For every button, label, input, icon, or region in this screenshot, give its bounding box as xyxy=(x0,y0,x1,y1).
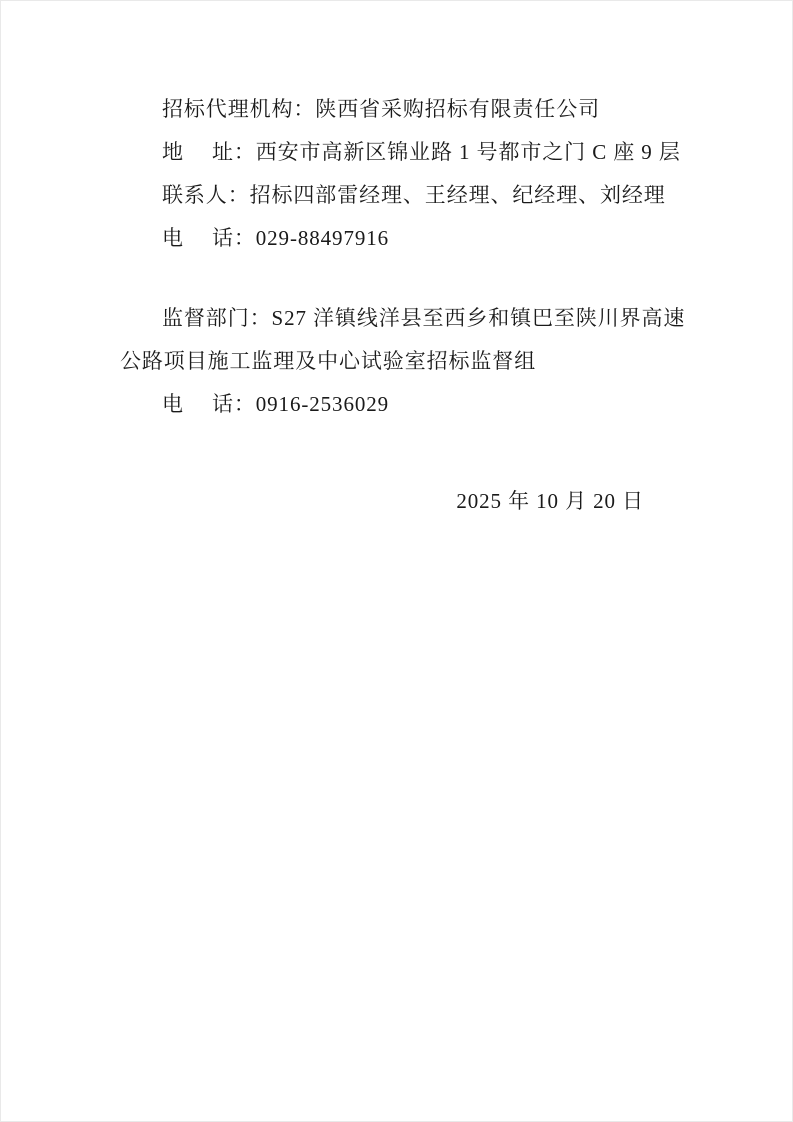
document-date-line: 2025 年 10 月 20 日 xyxy=(120,480,672,523)
agency-address-line: 地 址：西安市高新区锦业路 1 号都市之门 C 座 9 层 xyxy=(120,131,672,174)
document-page: 招标代理机构：陕西省采购招标有限责任公司 地 址：西安市高新区锦业路 1 号都市… xyxy=(0,0,793,1122)
agency-contacts-line: 联系人：招标四部雷经理、王经理、纪经理、刘经理 xyxy=(120,174,672,217)
date-gap xyxy=(120,426,672,480)
supervision-dept-line-1: 监督部门：S27 洋镇线洋县至西乡和镇巴至陕川界高速 xyxy=(120,297,672,340)
paragraph-gap xyxy=(120,260,672,297)
agency-name-line: 招标代理机构：陕西省采购招标有限责任公司 xyxy=(120,88,672,131)
supervision-phone-line: 电 话：0916-2536029 xyxy=(120,383,672,426)
supervision-dept-line-2: 公路项目施工监理及中心试验室招标监督组 xyxy=(120,340,672,383)
agency-phone-line: 电 话：029-88497916 xyxy=(120,217,672,260)
